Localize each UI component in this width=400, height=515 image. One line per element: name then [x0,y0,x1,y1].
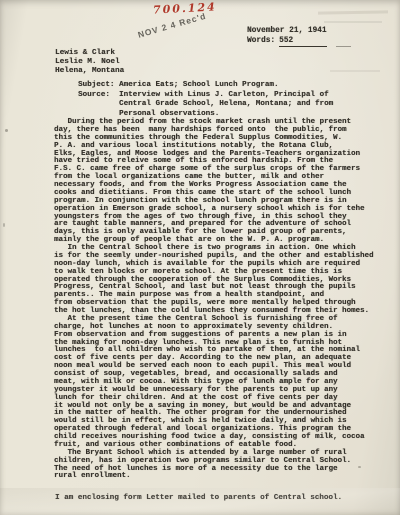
word-count-line: Words:552 [247,36,351,47]
underline-mark [336,46,351,47]
erased-pencil-mark [318,10,388,14]
document-body: During the period from the stock market … [54,119,384,481]
paragraph-3: At the present time the Central School i… [54,316,384,450]
paragraph-1: During the period from the stock market … [54,119,384,245]
file-number-annotation: 700.124 [153,0,217,16]
word-count-value: 552 [279,36,327,47]
closing-line: I am enclosing form Letter mailed to par… [55,494,342,502]
paragraph-2: In the Central School there is two progr… [54,245,384,316]
subject-source-block: Subject: America Eats; School Lunch Prog… [78,81,333,120]
scan-speck [3,223,5,227]
word-count-label: Words: [247,37,275,45]
document-date: November 21, 1941 [247,26,351,36]
author-address-block: Lewis & Clark Leslie M. Noel Helena, Mon… [55,49,124,77]
scan-speck [5,129,8,132]
erased-pencil-mark [324,21,382,23]
paragraph-4: The Bryant School which is attended by a… [54,450,384,482]
erased-pencil-mark [330,70,380,72]
document-page: 700.124 NOV 2 4 Rec'd November 21, 1941 … [0,0,400,515]
date-block: November 21, 1941 Words:552 [247,26,351,47]
